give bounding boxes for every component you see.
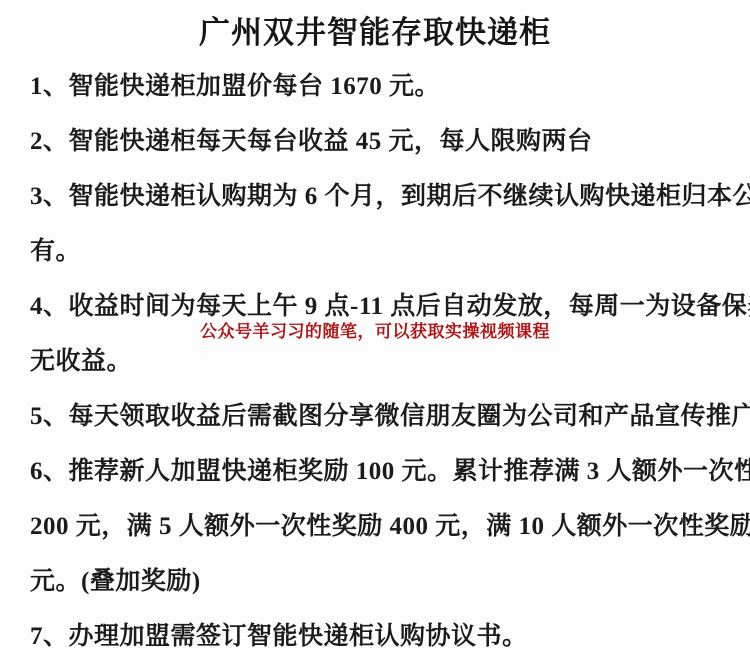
document-line: 1、智能快递柜加盟价每台 1670 元。 xyxy=(30,59,730,114)
document-line: 7、办理加盟需签订智能快递柜认购协议书。 xyxy=(30,609,730,664)
document-line: 4、收益时间为每天上午 9 点-11 点后自动发放，每周一为设备保养日 xyxy=(30,279,730,334)
document-title: 广州双井智能存取快递柜 xyxy=(0,0,750,52)
document-page: 广州双井智能存取快递柜 1、智能快递柜加盟价每台 1670 元。2、智能快递柜每… xyxy=(0,0,750,672)
document-line: 200 元，满 5 人额外一次性奖励 400 元，满 10 人额外一次性奖励 1… xyxy=(30,499,730,554)
document-line: 3、智能快递柜认购期为 6 个月，到期后不继续认购快递柜归本公司所 xyxy=(30,169,730,224)
document-line: 6、推荐新人加盟快递柜奖励 100 元。累计推荐满 3 人额外一次性奖励 xyxy=(30,444,730,499)
document-line: 2、智能快递柜每天每台收益 45 元，每人限购两台 xyxy=(30,114,730,169)
document-line: 元。(叠加奖励) xyxy=(30,554,730,609)
document-body: 1、智能快递柜加盟价每台 1670 元。2、智能快递柜每天每台收益 45 元，每… xyxy=(0,52,750,664)
document-line: 5、每天领取收益后需截图分享微信朋友圈为公司和产品宣传推广。 xyxy=(30,389,730,444)
document-line: 有。 xyxy=(30,224,730,279)
document-line: 无收益。 xyxy=(30,334,730,389)
